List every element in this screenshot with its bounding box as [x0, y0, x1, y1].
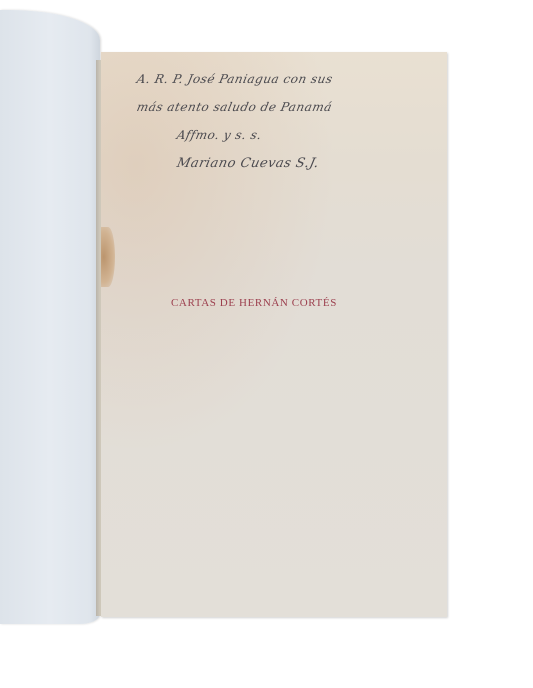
inscription-signature: Mariano Cuevas S.J. [175, 156, 320, 171]
inscription-line-3: Affmo. y s. s. [176, 128, 264, 142]
left-page [0, 10, 100, 624]
book-title: CARTAS DE HERNÁN CORTÉS [171, 297, 371, 309]
inscription-line-1: A. R. P. José Paniagua con sus [136, 72, 335, 86]
title-page: A. R. P. José Paniagua con sus más atent… [101, 52, 447, 617]
inscription-line-2: más atento saludo de Panamá [136, 100, 334, 114]
foxing-stain [101, 227, 115, 287]
